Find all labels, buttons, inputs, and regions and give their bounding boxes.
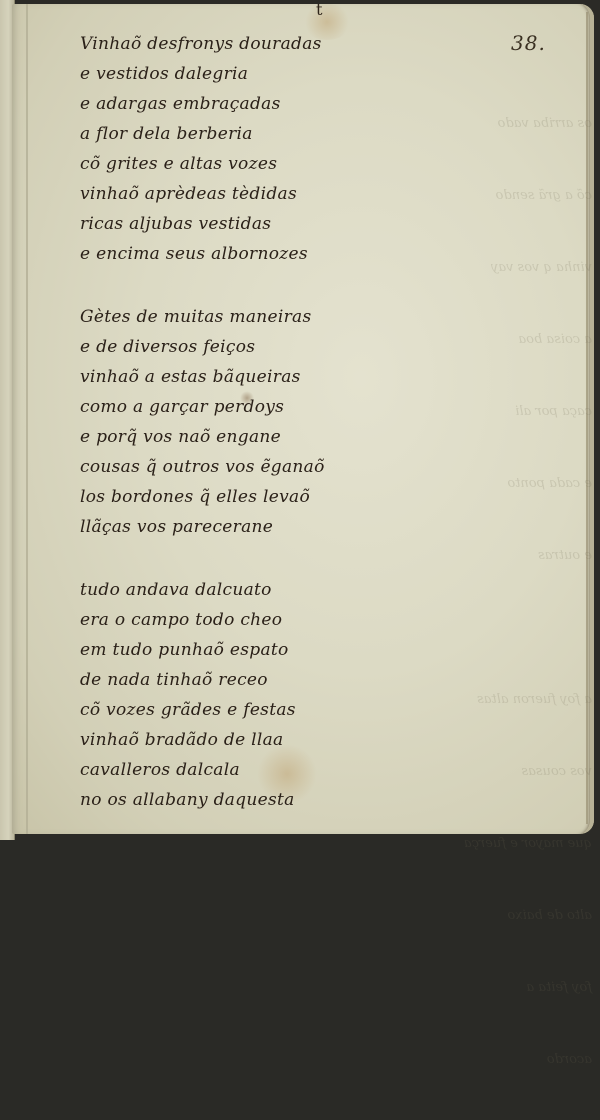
poem-text: Vinhaõ desfronys douradas e vestidos dal…: [80, 29, 410, 840]
verse-line: cõ grites e altas vozes: [80, 149, 410, 179]
top-margin-mark: t: [316, 0, 322, 19]
verse-line: ricas aljubas vestidas: [80, 209, 410, 239]
verse-line: cõ vozes grãdes e festas: [80, 695, 410, 725]
verse-line: vinhaõ aprèdeas tèdidas: [80, 179, 410, 209]
verse-line: vinhaõ bradãdo de llaa: [80, 725, 410, 755]
bleed-line: cõ a grã sendo: [412, 184, 592, 208]
verse-line: cousas q̃ outros vos ẽganaõ: [80, 452, 410, 482]
verse-line: tudo andava dalcuato: [80, 575, 410, 605]
bleed-line: os arriba vado: [412, 112, 592, 136]
folio-number: 38.: [511, 31, 546, 55]
bleed-line: vinha q vos vay: [412, 256, 592, 280]
verse-line: em tudo punhaõ espato: [80, 635, 410, 665]
manuscript-scan: os arriba vado cõ a grã sendo vinha q vo…: [0, 0, 600, 840]
bleed-line: que mayor e fuerça: [412, 832, 592, 840]
bleed-line: a foy fueron altas: [412, 688, 592, 712]
bleed-line: [412, 616, 592, 640]
verse-line: cavalleros dalcala: [80, 755, 410, 785]
bleed-line: e outras: [412, 544, 592, 568]
bleed-line: a coisa boa: [412, 328, 592, 352]
verse-line: Vinhaõ desfronys douradas: [80, 29, 410, 59]
verse-line: e adargas embraçadas: [80, 89, 410, 119]
verse-line: no os allabany daquesta: [80, 785, 410, 815]
gutter-fold: [26, 4, 28, 834]
verse-line: llãças vos parecerane: [80, 512, 410, 542]
bleed-line: e cada ponto: [412, 472, 592, 496]
bleed-line: vos cousas: [412, 760, 592, 784]
verse-line: de nada tinhaõ receo: [80, 665, 410, 695]
page-edge: [586, 12, 588, 824]
verse-line: e encima seus albornozes: [80, 239, 410, 269]
bleed-line: caça por ali: [412, 400, 592, 424]
verse-line: como a garçar perdoys: [80, 392, 410, 422]
verse-line: era o campo todo cheo: [80, 605, 410, 635]
verse-line: vinhaõ a estas bãqueiras: [80, 362, 410, 392]
verse-line: e porq̃ vos naõ engane: [80, 422, 410, 452]
verse-line: e de diversos feiços: [80, 332, 410, 362]
verse-line: los bordones q̃ elles levaõ: [80, 482, 410, 512]
verse-line: e vestidos dalegria: [80, 59, 410, 89]
bleed-through-text: os arriba vado cõ a grã sendo vinha q vo…: [412, 64, 592, 840]
stanza-2: Gètes de muitas maneiras e de diversos f…: [80, 302, 410, 542]
verse-line: Gètes de muitas maneiras: [80, 302, 410, 332]
stanza-1: Vinhaõ desfronys douradas e vestidos dal…: [80, 29, 410, 269]
verse-line: a flor dela berberia: [80, 119, 410, 149]
stanza-3: tudo andava dalcuato era o campo todo ch…: [80, 575, 410, 815]
